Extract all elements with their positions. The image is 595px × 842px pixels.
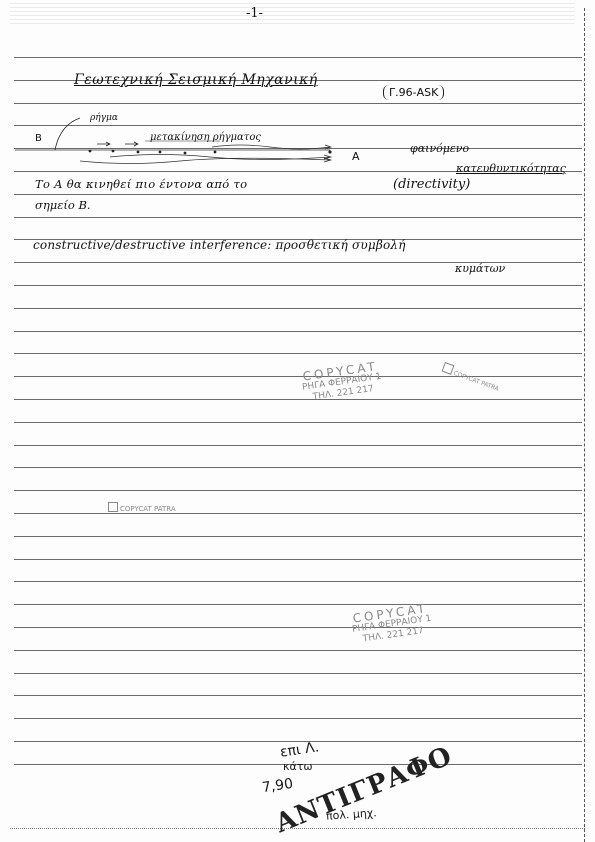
copycat-patra-stamp-2: COPYCAT PATRA [108, 502, 176, 513]
fault-motion-label: μετακίνηση ρήγματος [150, 132, 261, 143]
fault-directivity-diagram [0, 0, 595, 842]
note-line-2: σημείο B. [35, 198, 91, 212]
note-directivity-term: (directivity) [393, 177, 470, 192]
copycat-logo-icon [108, 502, 118, 512]
diagram-point-a: A [352, 150, 360, 163]
scanned-page: -1- Γεωτεχνική Σεισμική Μηχανική Γ.96-AS… [0, 0, 595, 842]
note-line-1: Το A θα κινηθεί πιο έντονα από το [35, 177, 247, 191]
note-line-3: constructive/destructive interference: π… [33, 238, 406, 252]
annotation-kato: κάτω [283, 760, 313, 773]
directivity-label-line2: κατευθυντικότητας [456, 162, 566, 175]
fault-label: ρήγμα [90, 113, 118, 123]
note-line-4: κυμάτων [455, 262, 505, 275]
directivity-label-line1: φαινόμενο [410, 142, 469, 155]
copycat-patra-text: COPYCAT PATRA [120, 505, 176, 513]
diagram-point-b: B [35, 133, 42, 144]
